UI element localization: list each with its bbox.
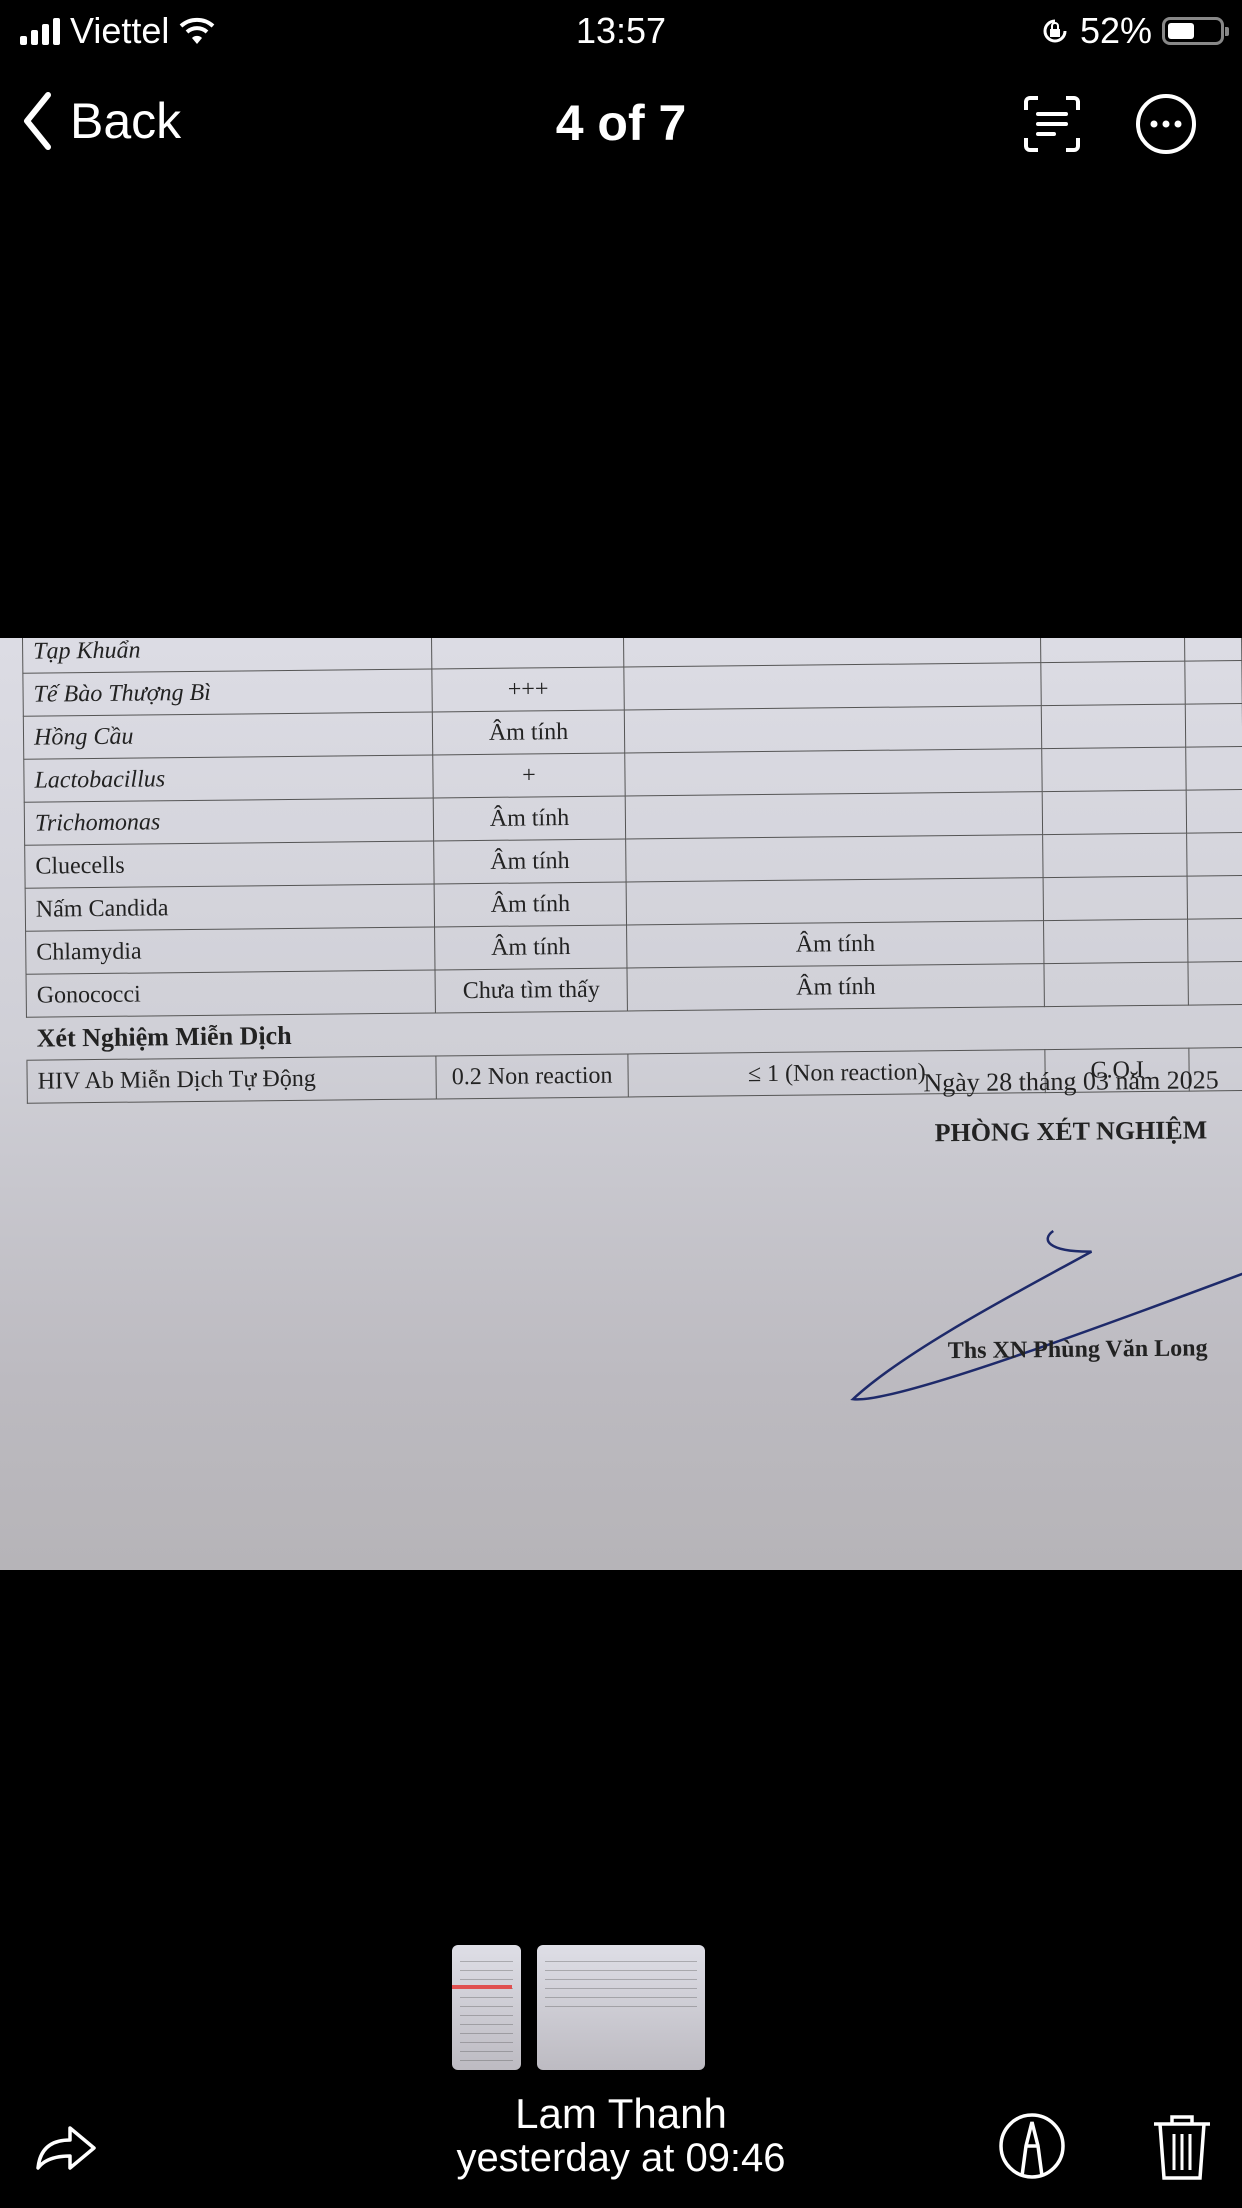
extra-cell [1184, 638, 1242, 661]
test-reference [625, 792, 1043, 839]
extra-cell [1185, 703, 1242, 747]
department-title: PHÒNG XÉT NGHIỆM [935, 1115, 1208, 1148]
results-table: Tạp KhuẩnTế Bào Thượng Bì+++Hồng CầuÂm t… [22, 638, 1242, 1104]
test-reference: Âm tính [627, 921, 1045, 968]
test-result: Chưa tìm thấy [435, 968, 627, 1013]
lab-result-document: Tạp KhuẩnTế Bào Thượng Bì+++Hồng CầuÂm t… [0, 638, 1242, 1570]
test-unit [1043, 833, 1187, 878]
extra-cell [1186, 746, 1242, 790]
test-unit [1043, 790, 1187, 835]
test-reference [624, 663, 1042, 710]
thumbnail-photo-3[interactable] [452, 1945, 521, 2070]
report-date: Ngày 28 tháng 03 năm 2025 [923, 1065, 1219, 1098]
signature-icon [846, 1225, 1242, 1409]
extra-cell [1186, 789, 1242, 833]
status-bar: Viettel 13:57 52% [0, 0, 1242, 64]
battery-percent: 52% [1080, 10, 1152, 52]
bottom-toolbar: Lam Thanh yesterday at 09:46 [0, 2090, 1242, 2208]
test-unit [1044, 962, 1188, 1007]
extra-cell [1187, 918, 1242, 962]
extra-cell [1185, 660, 1242, 704]
live-text-icon[interactable] [1020, 92, 1084, 156]
extra-cell [1187, 875, 1242, 919]
test-unit [1042, 747, 1186, 792]
test-result: + [433, 753, 625, 798]
thumbnail-photo-4[interactable] [537, 1945, 705, 2070]
test-name: Lactobacillus [24, 755, 434, 802]
test-unit [1041, 638, 1185, 663]
test-result: Âm tính [434, 839, 626, 884]
test-name: Tạp Khuẩn [22, 638, 432, 673]
test-result: Âm tính [433, 796, 625, 841]
thumbnail-strip [452, 1945, 705, 2070]
test-unit [1043, 876, 1187, 921]
signer-name: Ths XN Phùng Văn Long [948, 1335, 1208, 1365]
extra-cell [1186, 832, 1242, 876]
test-name: Tế Bào Thượng Bì [23, 669, 433, 716]
test-reference [625, 749, 1043, 796]
orientation-lock-icon [1040, 16, 1070, 46]
test-result: Âm tính [435, 925, 627, 970]
nav-bar: Back 4 of 7 [0, 80, 1242, 170]
test-name: HIV Ab Miễn Dịch Tự Động [27, 1056, 437, 1103]
test-reference [626, 835, 1044, 882]
right-status: 52% [1040, 10, 1224, 52]
test-result: 0.2 Non reaction [436, 1054, 628, 1099]
test-reference [626, 878, 1044, 925]
test-name: Chlamydia [26, 927, 436, 974]
test-result: +++ [432, 667, 624, 712]
photo-viewer[interactable]: Tạp KhuẩnTế Bào Thượng Bì+++Hồng CầuÂm t… [0, 638, 1242, 1570]
test-result: Âm tính [434, 882, 626, 927]
trash-icon[interactable] [1146, 2110, 1218, 2182]
extra-cell [1188, 961, 1242, 1005]
test-unit [1041, 661, 1185, 706]
test-name: Cluecells [25, 841, 435, 888]
test-unit [1042, 704, 1186, 749]
test-result: Âm tính [432, 710, 624, 755]
test-name: Hồng Cầu [23, 712, 433, 759]
more-options-icon[interactable] [1134, 92, 1198, 156]
test-reference [624, 706, 1042, 753]
battery-icon [1162, 17, 1224, 45]
test-name: Gonococci [26, 970, 436, 1017]
test-reference: Âm tính [627, 964, 1045, 1011]
test-name: Trichomonas [24, 798, 434, 845]
markup-icon[interactable] [996, 2110, 1068, 2182]
test-name: Nấm Candida [25, 884, 435, 931]
test-result [432, 638, 624, 669]
test-unit [1044, 919, 1188, 964]
